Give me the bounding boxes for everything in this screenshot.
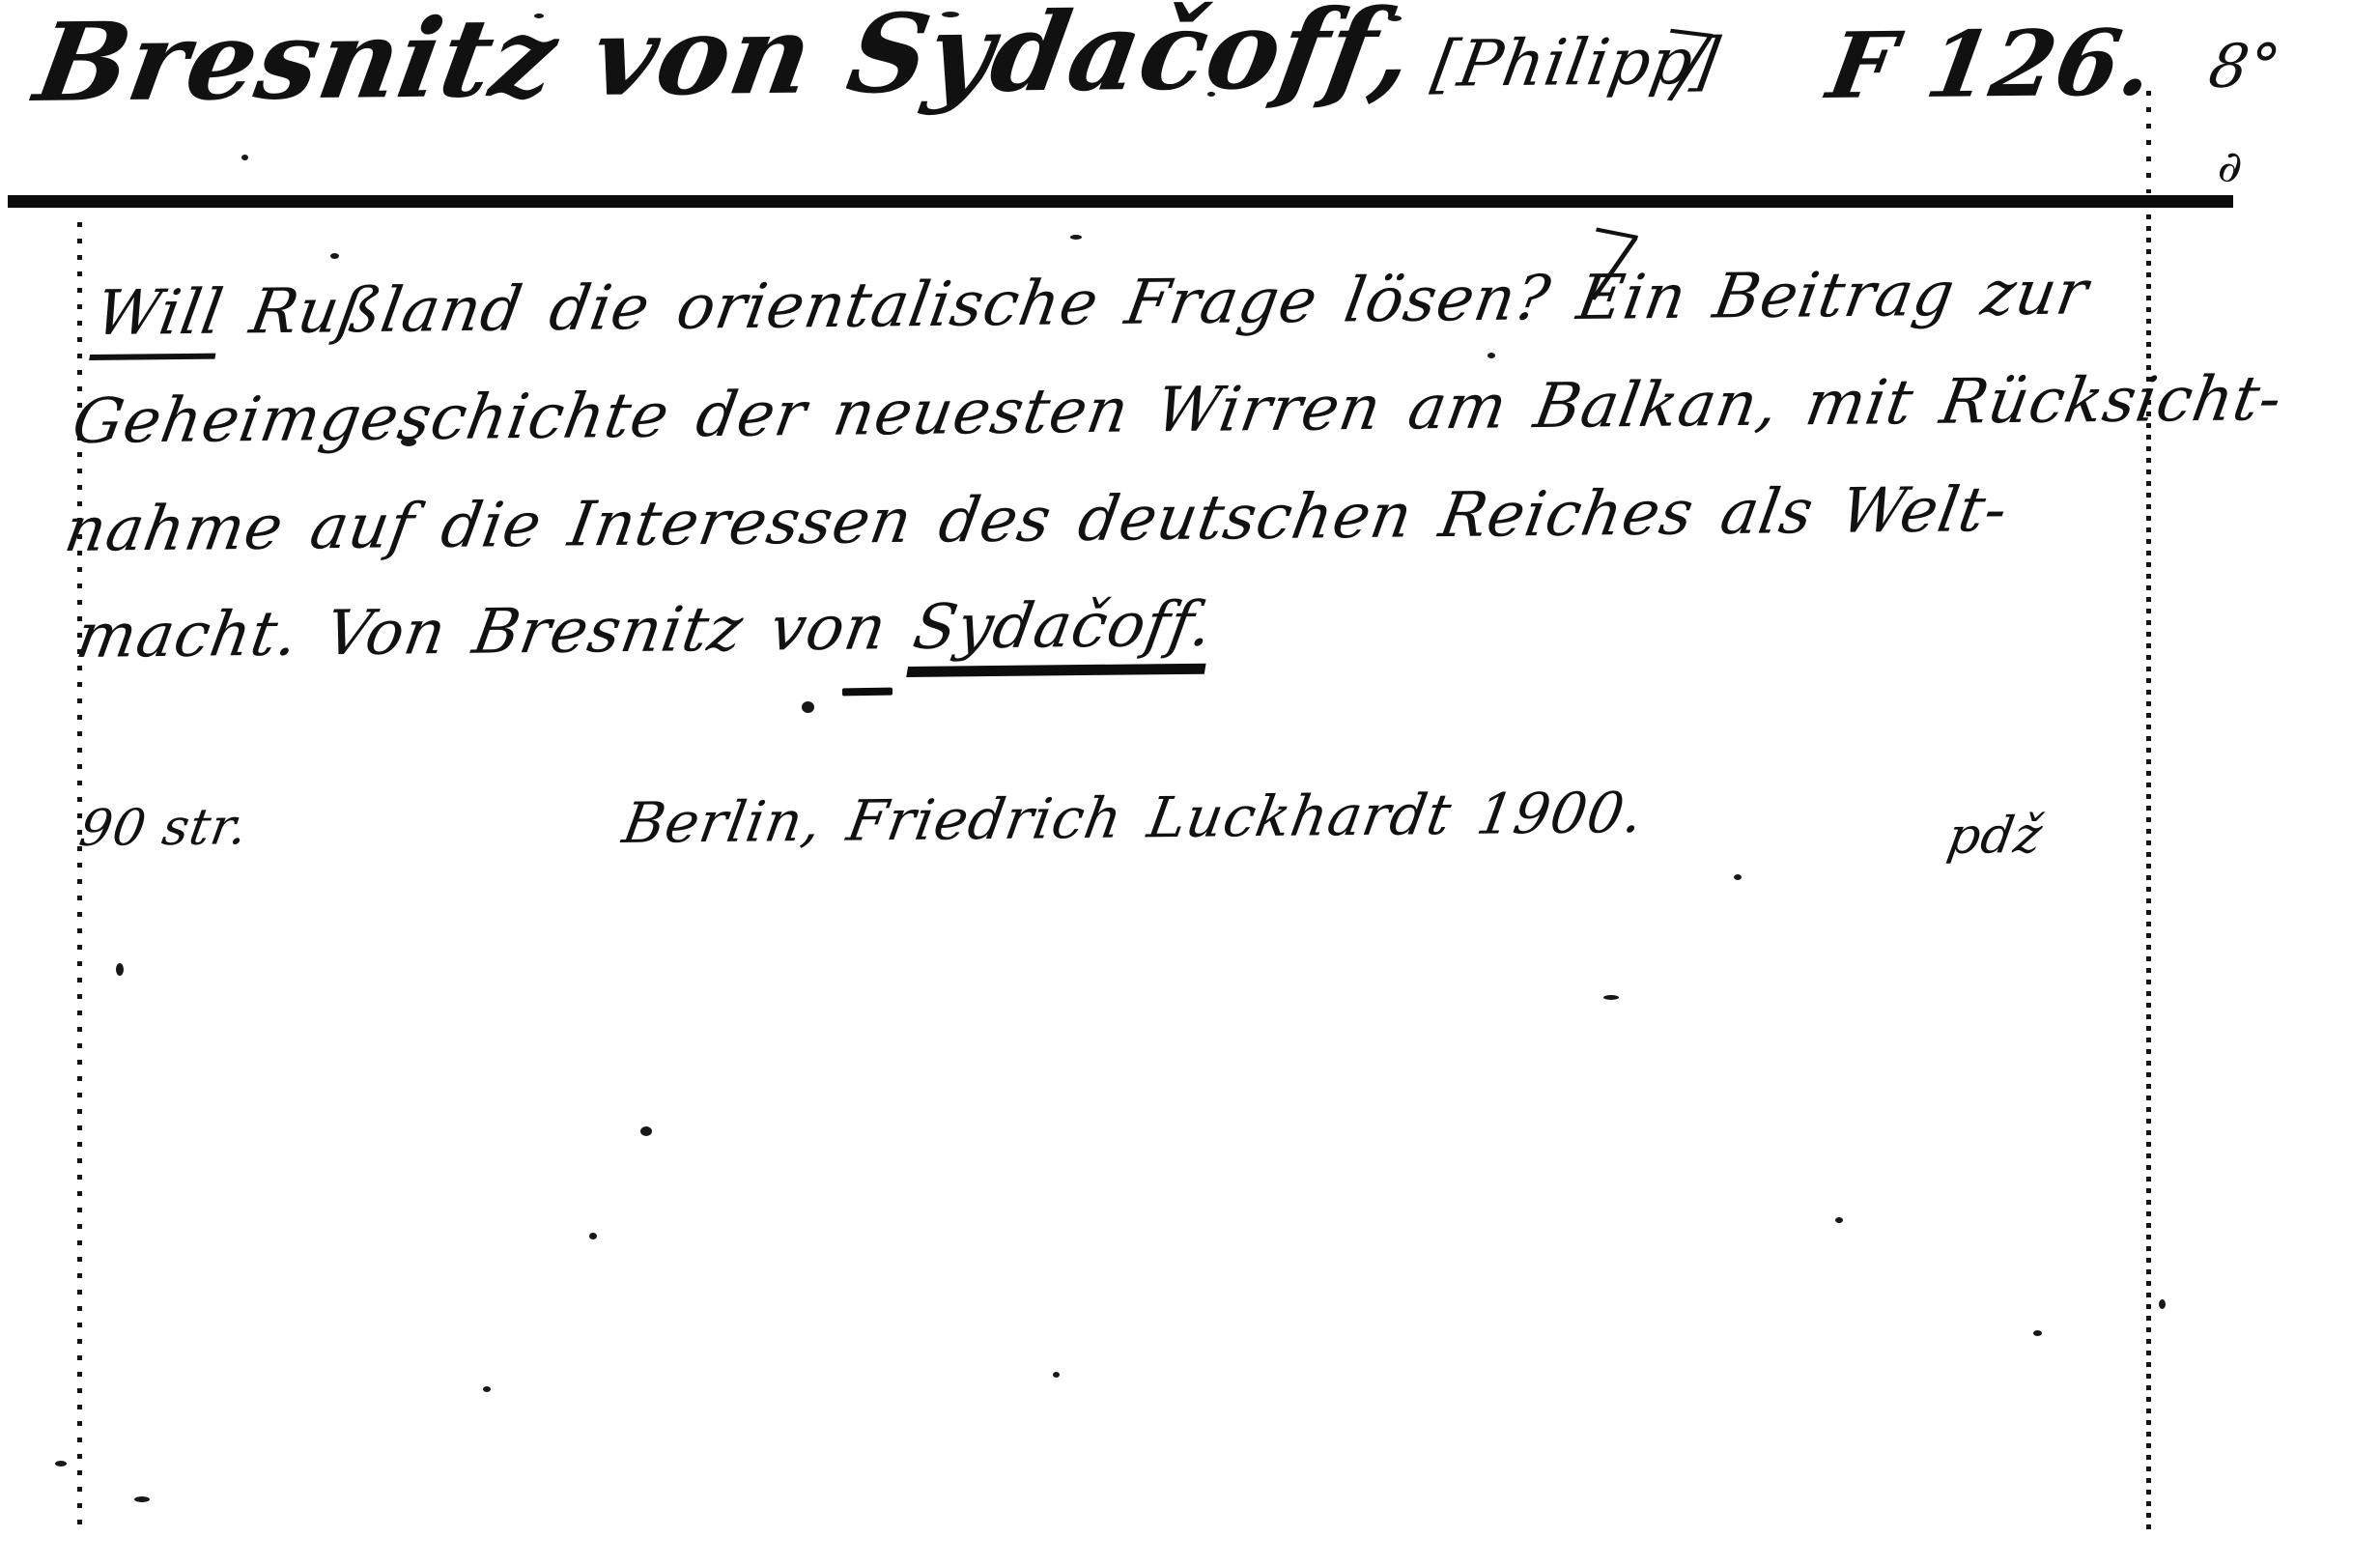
- ink-speck: [1388, 15, 1402, 21]
- librarian-initials: pdž: [1943, 807, 2047, 866]
- ink-speck: [1207, 92, 1215, 97]
- catalog-card-scan: Bresnitz von Sydačoff,[Philipp] 7 F 126.…: [0, 0, 2380, 1566]
- ink-speck: [401, 438, 416, 446]
- ink-speck: [802, 701, 814, 713]
- ink-speck: [640, 1126, 652, 1136]
- title-line-1-rest: Rußland die orientalische Frage lösen? E…: [216, 257, 2093, 348]
- title-line-4: macht. Von Bresnitz von Sydačoff.: [71, 589, 1218, 672]
- extent-note: 90 str.: [75, 798, 252, 858]
- ink-speck: [942, 12, 959, 17]
- shelfmark: F 126.: [1821, 11, 2162, 120]
- ink-speck: [55, 1461, 67, 1466]
- underlined-author-word: Sydačoff.: [906, 589, 1218, 677]
- stray-ink-mark: ∂: [2214, 138, 2248, 194]
- ink-speck: [2033, 1330, 2042, 1336]
- underlined-word: Will: [89, 277, 228, 360]
- title-line-1: Will Rußland die orientalische Frage lös…: [91, 257, 2093, 350]
- underline-tick: [842, 688, 892, 697]
- ink-speck: [116, 963, 124, 976]
- title-line-3: nahme auf die Interessen des deutschen R…: [60, 474, 2013, 566]
- ink-speck: [589, 1233, 597, 1239]
- ink-speck: [241, 155, 248, 160]
- ink-speck: [1070, 235, 1082, 240]
- ink-speck: [330, 253, 339, 259]
- ink-speck: [1487, 353, 1495, 358]
- right-margin-dotted-line-top: [2146, 91, 2151, 193]
- ink-speck: [1053, 1372, 1060, 1378]
- ink-speck: [534, 14, 544, 18]
- title-line-4-pre: macht. Von Bresnitz von: [71, 592, 921, 672]
- header-rule: [8, 195, 2233, 208]
- ink-speck: [2159, 1299, 2166, 1309]
- format-notation: 8°: [2204, 30, 2286, 101]
- author-heading: Bresnitz von Sydačoff,[Philipp]: [27, 0, 1732, 127]
- ink-speck: [1734, 874, 1742, 880]
- ink-speck: [1835, 1217, 1843, 1223]
- ink-speck: [483, 1386, 491, 1392]
- author-name: Bresnitz von Sydačoff,: [27, 0, 1423, 127]
- imprint-line: Berlin, Friedrich Luckhardt 1900.: [618, 780, 1649, 856]
- ink-speck: [1603, 995, 1619, 1000]
- ink-speck: [134, 1496, 150, 1502]
